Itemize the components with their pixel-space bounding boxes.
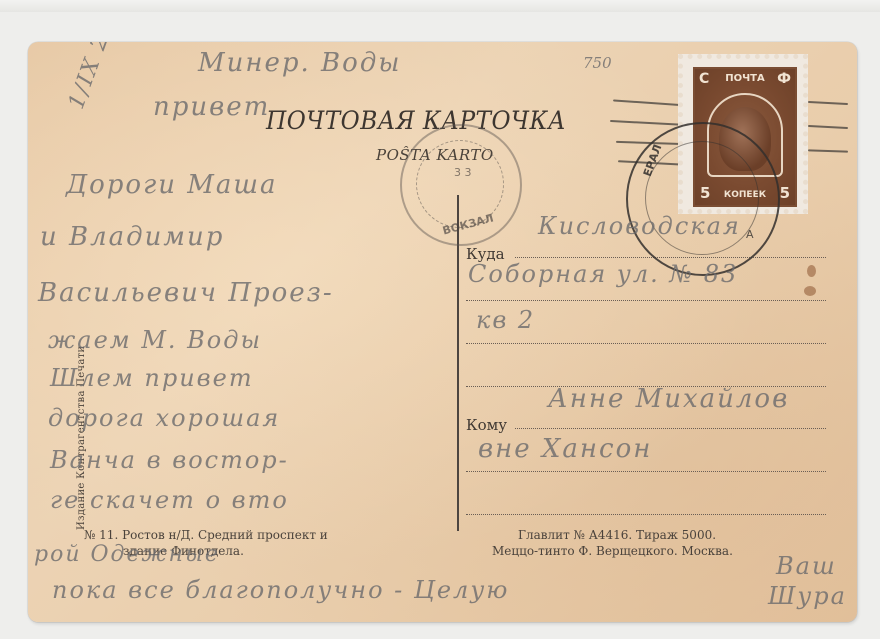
cancellation-line (610, 120, 688, 126)
cancellation-line (613, 99, 688, 106)
address-line (466, 300, 826, 301)
address-handwriting: кв 2 (476, 306, 535, 334)
message-line: дорога хорошая (48, 404, 280, 432)
signature-line: Ваш (776, 552, 837, 580)
message-line: ге скачет о вто (50, 486, 289, 514)
handwritten-date: 1/IX 28 (64, 42, 120, 113)
message-line: и Владимир (40, 222, 224, 252)
message-line: рой Одежные (34, 542, 220, 567)
message-line: Шлем привет (50, 364, 254, 392)
handwritten-price: 750 (583, 54, 612, 72)
address-line (466, 343, 826, 344)
postcard-title: ПОЧТОВАЯ КАРТОЧКА (266, 106, 566, 135)
caption-left-line1: № 11. Ростов н/Д. Средний проспект и (84, 528, 328, 542)
stamp-post-label: ПОЧТА (725, 73, 765, 84)
scanner-edge (0, 0, 880, 12)
recipient-line (515, 428, 826, 429)
message-line: Васильевич Проез- (38, 278, 334, 308)
handwritten-header-1: Минер. Воды (198, 48, 401, 78)
postmark-letter: А (746, 228, 754, 241)
message-line: Ванча в востор- (50, 446, 289, 474)
cancellation-line (808, 125, 848, 129)
caption-right-line1: Главлит № А4416. Тираж 5000. (518, 528, 716, 542)
postcard: ПОЧТОВАЯ КАРТОЧКА POŜTA KARTO Издание Ко… (28, 42, 857, 622)
to-whom-label: Кому (466, 416, 507, 434)
stamp-value-right: 5 (780, 184, 790, 202)
city-postmark: ЕРАЛ А (626, 122, 780, 276)
recipient-line (466, 471, 826, 472)
station-postmark: 3 3 ВОКЗАЛ (400, 124, 522, 246)
stamp-letter-right: Ф (777, 71, 791, 87)
stain (807, 265, 816, 277)
caption-right-line2: Меццо-тинто Ф. Верщецкого. Москва. (492, 544, 733, 558)
postmark-date: 3 3 (454, 166, 472, 179)
cancellation-line (808, 101, 848, 105)
message-line: Дороги Маша (66, 170, 278, 200)
cancellation-line (808, 149, 848, 152)
signature-line: Шура (768, 582, 847, 610)
handwritten-header-2: привет (153, 92, 270, 122)
message-line: пока все благополучно - Целую (52, 576, 509, 604)
recipient-line (466, 514, 826, 515)
recipient-handwriting: Анне Михайлов (548, 384, 789, 414)
address-handwriting: Соборная ул. № 83 (468, 260, 738, 288)
address-handwriting: Кисловодская (538, 212, 741, 240)
stain (804, 286, 816, 296)
recipient-handwriting: вне Хансон (478, 434, 652, 464)
message-line: жаем М. Воды (48, 326, 262, 354)
